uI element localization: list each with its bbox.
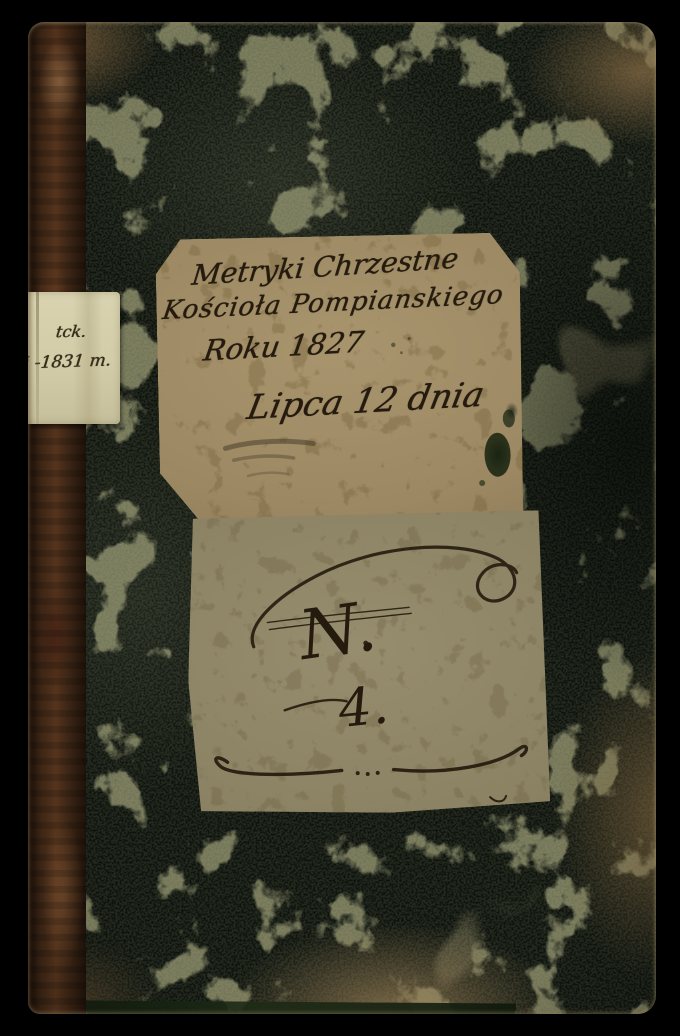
number-4: 4. xyxy=(335,675,392,740)
book-cover: Metryki Chrzestne Kościoła Pompianskiego… xyxy=(28,22,656,1014)
side-label: tck. i -1831 m. xyxy=(28,292,120,424)
book-spine xyxy=(28,22,86,1014)
title-label: Metryki Chrzestne Kościoła Pompianskiego… xyxy=(155,232,525,528)
side-label-line-2: i -1831 m. xyxy=(28,350,112,373)
page-edges xyxy=(86,1000,516,1014)
number-label: N. 4. xyxy=(186,510,551,816)
photograph: Metryki Chrzestne Kościoła Pompianskiego… xyxy=(0,0,680,1036)
side-label-line-1: tck. xyxy=(55,322,88,342)
monogram-n: N. xyxy=(292,587,381,676)
number-label-texture: N. 4. xyxy=(186,510,551,816)
